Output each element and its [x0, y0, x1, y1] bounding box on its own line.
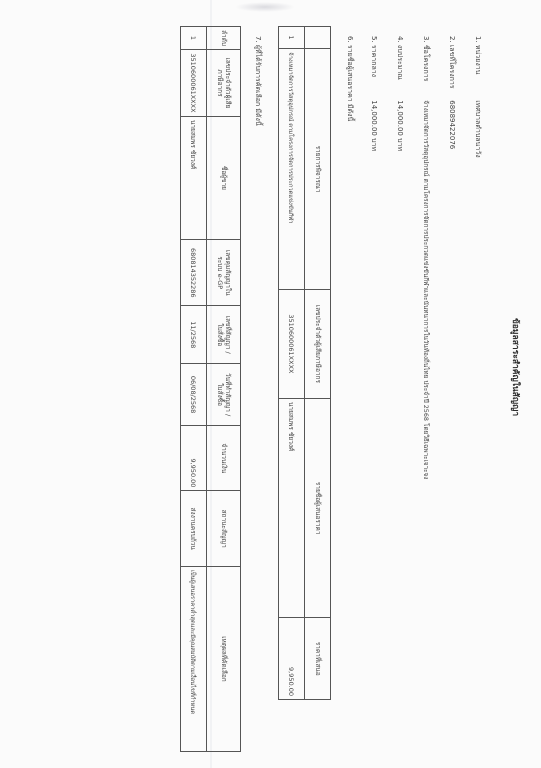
field-agency: 1. หน่วยงาน เทศบาลตำบลนาวัง: [472, 36, 483, 158]
winners-header-status: สถานะสัญญา: [207, 491, 241, 566]
winners-header-reason: เหตุผลที่คัดเลือก: [207, 566, 241, 751]
field-label: 4. งบประมาณ: [394, 36, 405, 98]
winners-header-vendor: ชื่อผู้ขาย: [207, 116, 241, 239]
field-project-number: 2. เลขที่โครงการ 68089422076: [446, 36, 457, 149]
bidders-header-name: รายชื่อผู้เสนอราคา: [305, 398, 331, 617]
cell-date: 06/08/2568: [181, 364, 207, 426]
field-label: 3. ชื่อโครงการ: [420, 36, 431, 98]
field-value: เทศบาลตำบลนาวัง: [472, 100, 483, 157]
document-title: ข้อมูลสาระสำคัญในสัญญา: [509, 318, 523, 416]
winners-header-egp: เลขคุมสัญญาในระบบ e-GP: [207, 240, 241, 306]
cell-no: 1: [279, 27, 305, 49]
cell-price: 9,950.00: [279, 618, 305, 700]
cell-reason: เป็นผู้เสนอราคาต่ำสุดและมีคุณสมบัติตามเง…: [181, 566, 207, 751]
table-row: 1 จ้างเหมาจัดการวัสดุอุปกรณ์ ตามโครงการจ…: [279, 27, 305, 700]
cell-taxid: 3510600061XXXX: [279, 289, 305, 398]
field-median-price: 5. ราคากลาง 14,000.00 บาท: [368, 36, 379, 151]
bidders-header-taxid: เลขประจำตัวผู้เสียภาษีอากร: [305, 289, 331, 398]
field-bidders-heading: 6. รายชื่อผู้เสนอราคา มีดังนี้: [344, 36, 355, 121]
section7-heading: 7. ผู้ที่ได้รับการคัดเลือก มีดังนี้: [252, 36, 263, 126]
cell-item: จ้างเหมาจัดการวัสดุอุปกรณ์ ตามโครงการจัด…: [279, 49, 305, 290]
bidders-header-no: [305, 27, 331, 49]
field-value: 14,000.00 บาท: [368, 100, 379, 151]
cell-egp-no: 680814352286: [181, 240, 207, 306]
field-project-name: 3. ชื่อโครงการ จ้างเหมาจัดการวัสดุอุปกรณ…: [420, 36, 431, 479]
winners-header-taxid: เลขประจำตัวผู้เสียภาษีอากร: [207, 49, 241, 116]
field-label: 1. หน่วยงาน: [472, 36, 483, 98]
bidders-table: รายการพิจารณา เลขประจำตัวผู้เสียภาษีอากร…: [278, 26, 331, 700]
winners-table: ลำดับ เลขประจำตัวผู้เสียภาษีอากร ชื่อผู้…: [180, 26, 241, 752]
cell-vendor: นายสมพร ชัยวงศ์: [181, 116, 207, 239]
field-value: 14,000.00 บาท: [394, 100, 405, 151]
winners-header-no: ลำดับ: [207, 27, 241, 50]
section7-title: 7. ผู้ที่ได้รับการคัดเลือก มีดังนี้: [254, 36, 262, 126]
cell-status: ส่งงานครบถ้วน: [181, 491, 207, 566]
field-label: 2. เลขที่โครงการ: [446, 36, 457, 98]
winners-header-amount: จำนวนเงิน: [207, 426, 241, 491]
bidders-header-price: ราคาที่เสนอ: [305, 618, 331, 700]
cell-contract-no: 11/2568: [181, 306, 207, 364]
cell-amount: 9,950.00: [181, 426, 207, 491]
table-row: 1 3510600061XXXX นายสมพร ชัยวงศ์ 6808143…: [181, 27, 207, 752]
bidders-header-item: รายการพิจารณา: [305, 49, 331, 290]
field-budget: 4. งบประมาณ 14,000.00 บาท: [394, 36, 405, 151]
cell-name: นายสมพร ชัยวงศ์: [279, 398, 305, 617]
rotated-document-page: ข้อมูลสาระสำคัญในสัญญา 1. หน่วยงาน เทศบา…: [0, 0, 541, 768]
winners-header-date: วันที่ทำสัญญา / ใบสั่งซื้อ: [207, 364, 241, 426]
field-value: จ้างเหมาจัดการวัสดุอุปกรณ์ ตามโครงการจัด…: [421, 100, 431, 479]
field-label: 6. รายชื่อผู้เสนอราคา มีดังนี้: [346, 36, 354, 121]
winners-header-contract-no: เลขที่สัญญา / ใบสั่งซื้อ: [207, 306, 241, 364]
field-label: 5. ราคากลาง: [368, 36, 379, 98]
field-value: 68089422076: [448, 100, 456, 149]
cell-taxid: 3510600061XXXX: [181, 49, 207, 116]
cell-no: 1: [181, 27, 207, 50]
